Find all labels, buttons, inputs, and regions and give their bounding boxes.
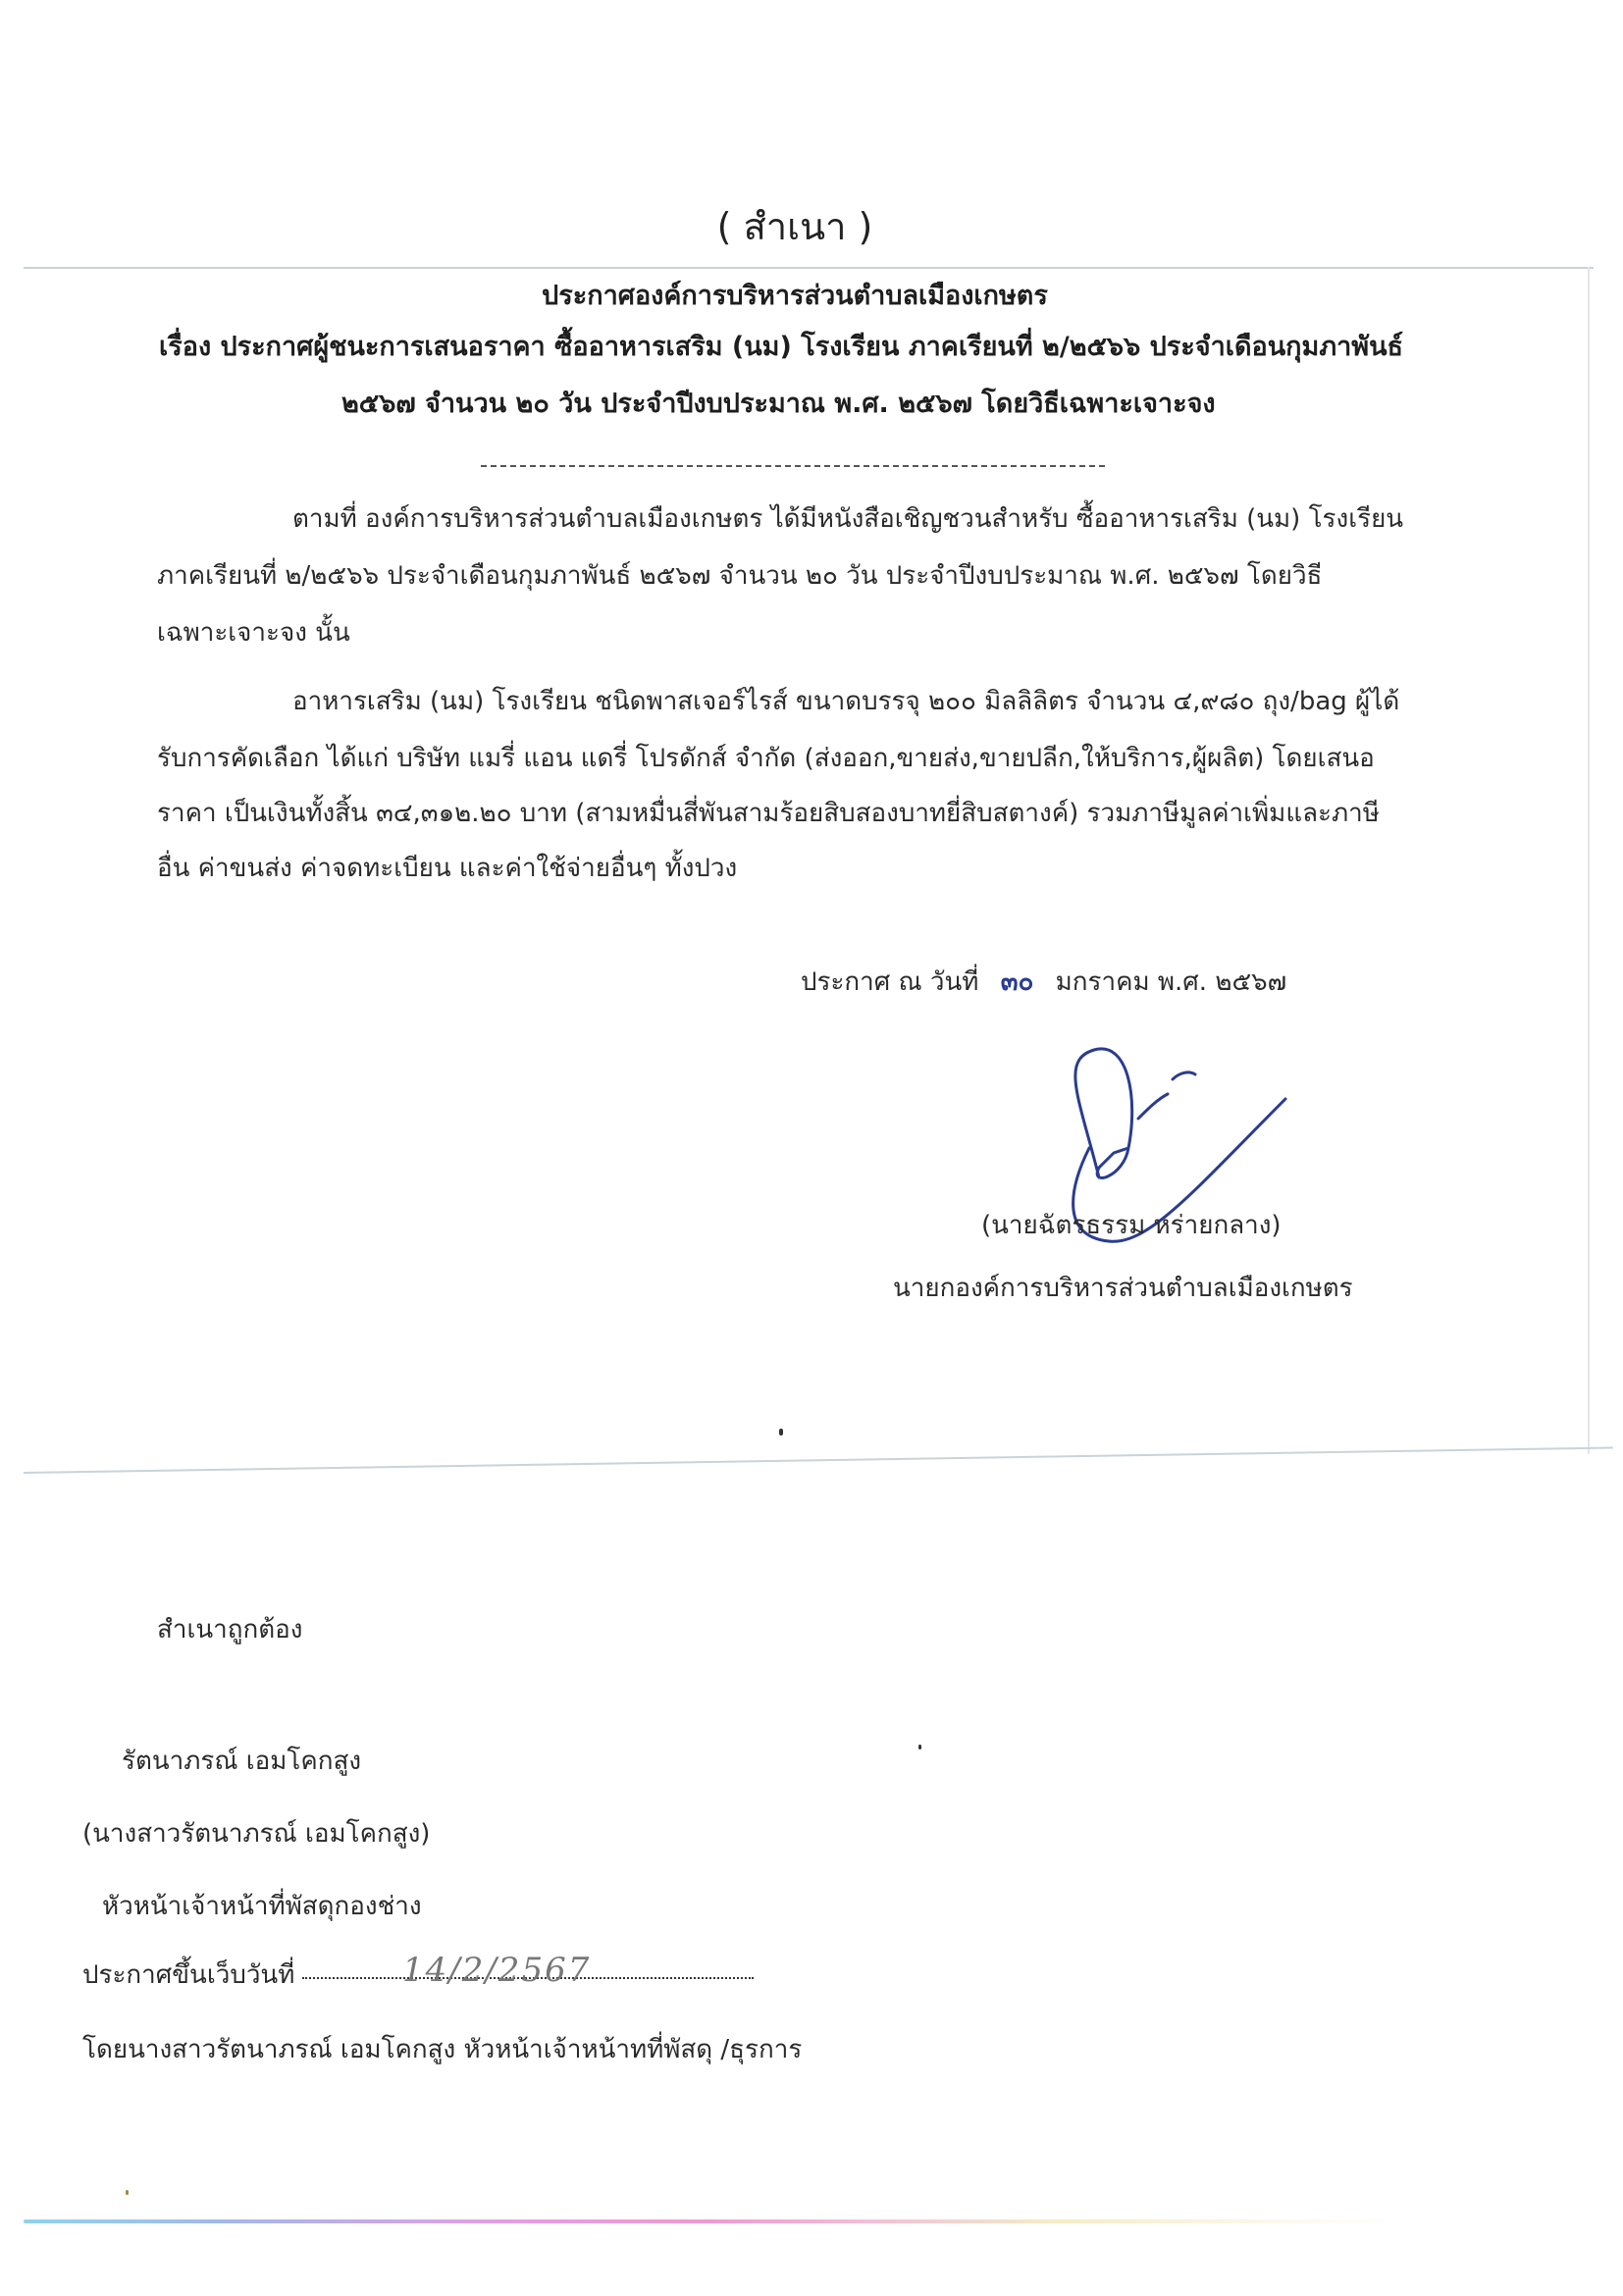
para1-line3: เฉพาะเจาะจง นั้น	[157, 620, 350, 646]
certifier-position: หัวหน้าเจ้าหน้าที่พัสดุกองช่าง	[102, 1894, 422, 1919]
announce-date-prefix: ประกาศ ณ วันที่	[801, 967, 978, 997]
para2-line1: อาหารเสริม (นม) โรงเรียน ชนิดพาสเจอร์ไรส…	[292, 689, 1399, 714]
by-line: โดยนางสาวรัตนาภรณ์ เอมโคกสูง หัวหน้าเจ้า…	[82, 2037, 802, 2062]
scan-speck	[918, 1745, 921, 1749]
web-post-label: ประกาศขึ้นเว็บวันที่	[82, 1960, 294, 1990]
certified-copy-label: สำเนาถูกต้อง	[157, 1617, 302, 1643]
para2-line4: อื่น ค่าขนส่ง ค่าจดทะเบียน และค่าใช้จ่าย…	[157, 856, 737, 881]
web-post-date: 14/2/2567	[402, 1951, 591, 1990]
signatory-position: นายกองค์การบริหารส่วนตำบลเมืองเกษตร	[893, 1276, 1353, 1301]
signatory-name: (นายฉัตรธรรม หร่ายกลาง)	[981, 1213, 1282, 1238]
announcement-subject-line2: ๒๕๖๗ จำนวน ๒๐ วัน ประจำปีงบประมาณ พ.ศ. ๒…	[341, 391, 1216, 417]
scan-edge-right	[1588, 267, 1590, 1454]
para1-line2: ภาคเรียนที่ ๒/๒๕๖๖ ประจำเดือนกุมภาพันธ์ …	[157, 563, 1322, 589]
scan-speck	[126, 2190, 129, 2195]
announcement-subject-line1: เรื่อง ประกาศผู้ชนะการเสนอราคา ซื้ออาหาร…	[159, 334, 1403, 360]
certifier-signed-name: รัตนาภรณ์ เอมโคกสูง	[122, 1748, 361, 1774]
announce-date: ประกาศ ณ วันที่ ๓๐ มกราคม พ.ศ. ๒๕๖๗	[801, 969, 1286, 995]
announcement-title: ประกาศองค์การบริหารส่วนตำบลเมืองเกษตร	[0, 283, 1590, 309]
para2-line3: ราคา เป็นเงินทั้งสิ้น ๓๔,๓๑๒.๒๐ บาท (สาม…	[157, 801, 1380, 826]
announce-date-day: ๓๐	[1001, 967, 1034, 997]
scan-line-bottom	[24, 2219, 1397, 2223]
scan-line-top	[24, 267, 1594, 269]
scan-line-middle	[24, 1447, 1613, 1474]
separator-dashes	[481, 465, 1105, 467]
scan-speck	[779, 1429, 783, 1435]
certifier-full-name: (นางสาวรัตนาภรณ์ เอมโคกสูง)	[82, 1821, 430, 1847]
para1-line1: ตามที่ องค์การบริหารส่วนตำบลเมืองเกษตร ไ…	[292, 506, 1403, 532]
copy-mark: ( สำเนา )	[0, 196, 1590, 256]
para2-line2: รับการคัดเลือก ได้แก่ บริษัท แมรี่ แอน แ…	[157, 746, 1375, 771]
announce-date-month-year: มกราคม พ.ศ. ๒๕๖๗	[1056, 967, 1287, 997]
